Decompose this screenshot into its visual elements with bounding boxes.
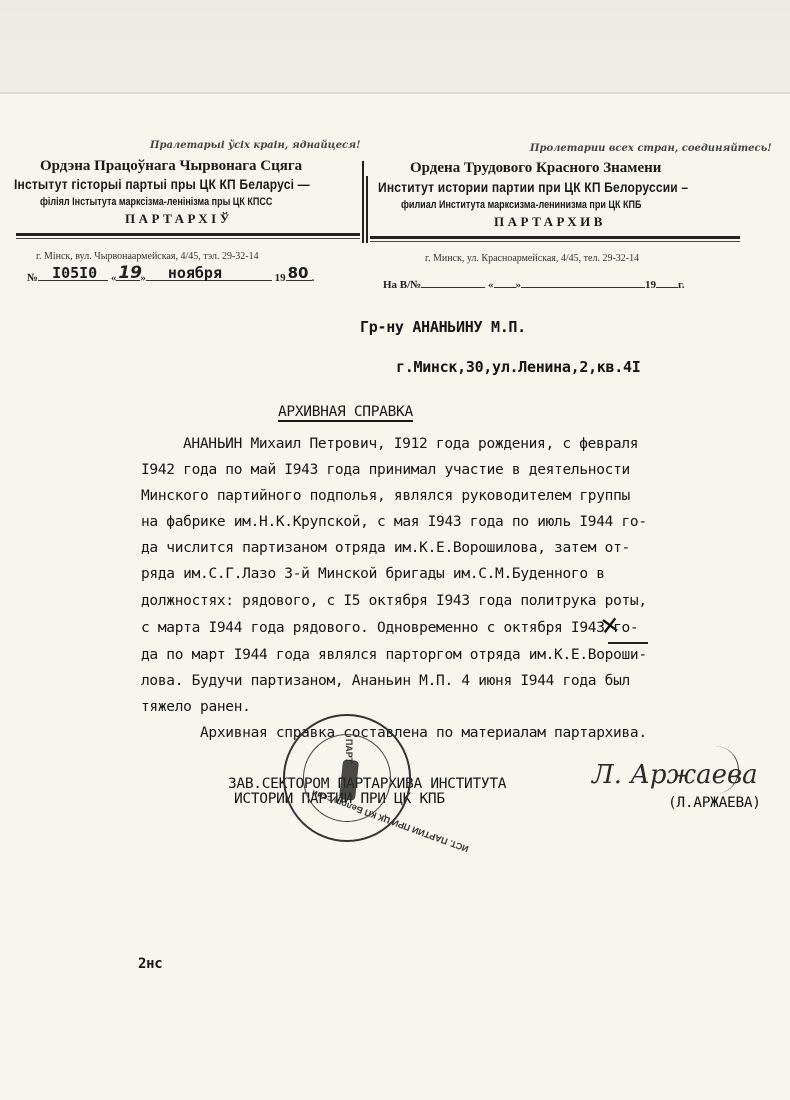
typist-code: 2нс: [138, 956, 162, 972]
right-institute-name: Институт истории партии при ЦК КП Белору…: [378, 179, 688, 195]
body-line: Минского партийного подполья, являлся ру…: [141, 488, 630, 504]
body-line: тяжело ранен.: [141, 699, 251, 715]
letterhead-divider: [362, 161, 364, 243]
reply-month-field: [521, 275, 645, 288]
left-archive-name: ПАРТАРХІЎ: [125, 211, 233, 227]
right-header-rule: [370, 236, 740, 239]
body-line: АНАНЬИН Михаил Петрович, I912 года рожде…: [183, 436, 638, 452]
document-number: I05I0: [52, 264, 97, 282]
recipient-address: г.Минск,30,ул.Ленина,2,кв.4I: [396, 358, 640, 376]
right-motto: Пролетарии всех стран, соединяйтесь!: [530, 143, 772, 154]
right-branch-name: филиал Института марксизма-ленинизма при…: [401, 199, 641, 211]
right-address: г. Минск, ул. Красноармейская, 4/45, тел…: [425, 253, 639, 264]
outgoing-reference-line: №I05I0 «19»ноября 1980.: [27, 268, 314, 284]
document-title: АРХИВНАЯ СПРАВКА: [278, 404, 413, 420]
month-field: ноября: [146, 268, 272, 281]
handwritten-correction-mark: ✕: [598, 611, 622, 642]
year-prefix: 19: [275, 272, 286, 284]
right-header-rule-thin: [370, 241, 740, 242]
document-year: 80: [288, 264, 309, 282]
terminator: .: [312, 272, 315, 284]
number-field: I05I0: [38, 268, 108, 281]
official-seal: ИСТ. ПАРТИИ ПРИ ЦК КП Белоруссии ПАРТ: [283, 714, 411, 842]
document-day: 19: [118, 263, 142, 283]
body-line: на фабрике им.Н.К.Крупской, с мая I943 г…: [141, 514, 647, 530]
right-archive-name: ПАРТАРХИВ: [494, 214, 606, 230]
day-field: 19: [116, 268, 140, 281]
body-line: да по март I944 года являлся парторгом о…: [141, 647, 647, 663]
body-line: должностях: рядового, с I5 октября I943 …: [141, 593, 647, 609]
reply-year-field: [656, 275, 678, 288]
left-order-name: Ордэна Працоўнага Чырвонага Сцяга: [40, 158, 302, 175]
left-motto: Пралетарыі ўсіх краін, яднайцеся!: [150, 140, 361, 151]
left-header-rule-thin: [16, 238, 360, 239]
right-order-name: Ордена Трудового Красного Знамени: [410, 160, 661, 177]
body-line: да числится партизаном отряда им.К.Е.Вор…: [141, 540, 630, 556]
reply-number-field: [421, 275, 485, 288]
closing-statement: Архивная справка составлена по материала…: [200, 725, 647, 741]
letterhead-divider-2: [366, 176, 368, 243]
left-branch-name: філіял Інстытута марксізма-ленінізма пры…: [40, 196, 272, 208]
body-line: I942 года по май I943 года принимал учас…: [141, 462, 630, 478]
left-institute-name: Інстытут гісторыі партыі пры ЦК КП Белар…: [14, 176, 310, 192]
reply-day-field: [494, 275, 516, 288]
body-line: лова. Будучи партизаном, Ананьин М.П. 4 …: [141, 673, 630, 689]
reply-label: На В/№: [383, 279, 421, 291]
photo-background-band: [0, 0, 790, 94]
document-month: ноября: [168, 264, 222, 282]
body-line: ряда им.С.Г.Лазо 3-й Минской бригады им.…: [141, 566, 605, 582]
reply-year-prefix: 19: [645, 279, 656, 291]
recipient-name: Гр-ну АНАНЬИНУ М.П.: [360, 318, 526, 336]
year-field: 80: [286, 268, 312, 281]
correction-underline: [608, 642, 648, 644]
number-label: №: [27, 272, 38, 284]
reply-suffix: г.: [678, 279, 685, 291]
left-address: г. Мінск, вул. Чырвонаармейская, 4/45, т…: [36, 251, 259, 262]
body-line: с марта I944 года рядового. Одновременно…: [141, 620, 638, 636]
signatory-name: (Л.АРЖАЕВА): [668, 795, 761, 811]
left-header-rule: [16, 233, 360, 236]
reply-reference-line: На В/№ «»19г.: [383, 275, 685, 291]
